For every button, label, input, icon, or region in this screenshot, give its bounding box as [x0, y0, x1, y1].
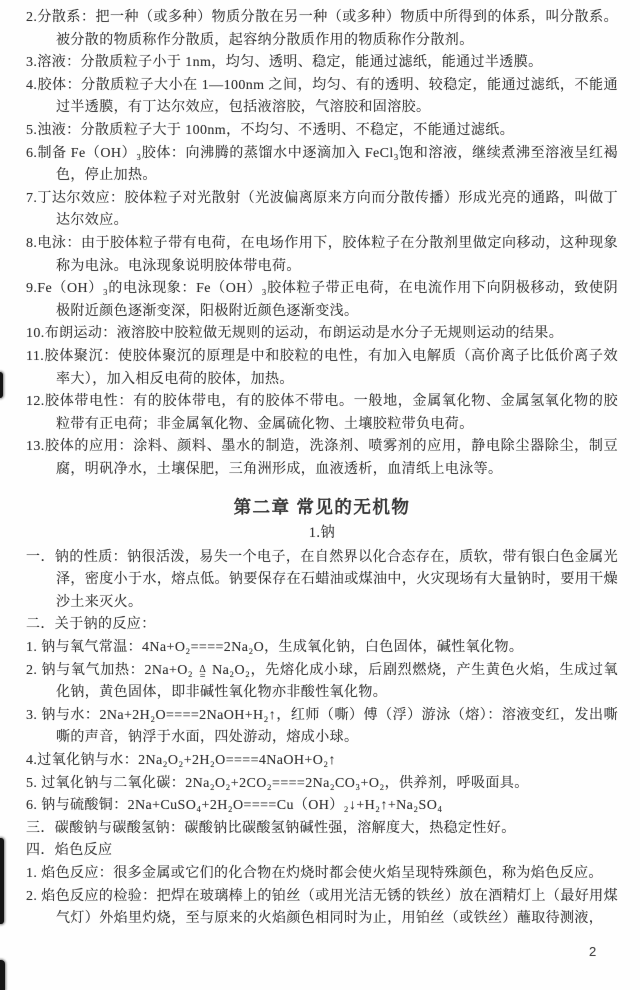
- document-page-content: 2.分散系：把一种（或多种）物质分散在另一种（或多种）物质中所得到的体系，叫分散…: [26, 7, 618, 931]
- note-item-sodium-properties: 一．钠的性质：钠很活泼，易失一个电子，在自然界以化合态存在，质软，带有银白色金属…: [26, 547, 618, 615]
- note-item-reaction-peroxide-co2: 5. 过氧化钠与二氧化碳：2Na₂O₂+2CO₂====2Na₂CO₃+O₂，供…: [26, 773, 618, 796]
- note-item-tyndall-effect: 7.丁达尔效应：胶体粒子对光散射（光波偏离原来方向而分散传播）形成光亮的通路，叫…: [26, 188, 618, 233]
- note-item-sodium-reactions-heading: 二．关于钠的反应：: [26, 614, 618, 637]
- note-item-dispersion-system: 2.分散系：把一种（或多种）物质分散在另一种（或多种）物质中所得到的体系，叫分散…: [26, 7, 618, 52]
- note-item-feoh3-electrophoresis: 9.Fe（OH）₃的电泳现象：Fe（OH）₃胶体粒子带正电荷，在电流作用下向阴极…: [26, 278, 618, 323]
- note-item-colloid-applications: 13.胶体的应用：涂料、颜料、墨水的制造，洗涤剂、喷雾剂的应用，静电除尘器除尘，…: [26, 436, 618, 481]
- note-item-reaction-copper-sulfate: 6. 钠与硫酸铜：2Na+CuSO₄+2H₂O====Cu（OH）₂↓+H₂↑+…: [26, 795, 618, 818]
- note-item-flame-test-procedure: 2. 焰色反应的检验：把焊在玻璃棒上的铂丝（或用光洁无锈的铁丝）放在酒精灯上（最…: [26, 886, 618, 931]
- note-item-coagulation: 11.胶体聚沉：使胶体聚沉的原理是中和胶粒的电性，有加入电解质（高价离子比低价离…: [26, 346, 618, 391]
- note-item-solution: 3.溶液：分散质粒子小于 1nm，均匀、透明、稳定，能通过滤纸，能通过半透膜。: [26, 52, 618, 75]
- note-item-turbid-liquid: 5.浊液：分散质粒子大于 100nm，不均匀、不透明、不稳定，不能通过滤纸。: [26, 120, 618, 143]
- note-item-reaction-oxygen-heated: 2. 钠与氧气加热：2Na+O₂Δ=Na₂O₂，先熔化成小球，后剧烈燃烧，产生黄…: [26, 660, 618, 705]
- note-item-colloid: 4.胶体：分散质粒子大小在 1—100nm 之间，均匀、有的透明、较稳定，能通过…: [26, 75, 618, 120]
- scan-artifact-mark: [0, 838, 4, 924]
- scan-artifact-mark: [0, 960, 5, 990]
- note-item-flame-test-definition: 1. 焰色反应：很多金属或它们的化合物在灼烧时都会使火焰呈现特殊颜色，称为焰色反…: [26, 863, 618, 886]
- note-item-colloid-charge: 12.胶体带电性：有的胶体带电，有的胶体不带电。一般地，金属氧化物、金属氢氧化物…: [26, 391, 618, 436]
- note-item-reaction-water: 3. 钠与水：2Na+2H₂O====2NaOH+H₂↑，红师（嘶）傅（浮）游泳…: [26, 705, 618, 750]
- note-item-flame-test-heading: 四．焰色反应: [26, 840, 618, 863]
- delta-heat-symbol: Δ=: [195, 666, 210, 681]
- page-number: 2: [589, 944, 596, 959]
- chapter-heading: 第二章 常见的无机物: [26, 496, 618, 519]
- note-item-carbonates-comparison: 三．碳酸钠与碳酸氢钠：碳酸钠比碳酸氢钠碱性强，溶解度大，热稳定性好。: [26, 818, 618, 841]
- equals-glyph: =: [195, 673, 210, 681]
- note-item-reaction-peroxide-water: 4.过氧化钠与水：2Na₂O₂+2H₂O====4NaOH+O₂↑: [26, 750, 618, 773]
- equation-pre-text: 2. 钠与氧气加热：2Na+O₂: [26, 663, 193, 678]
- note-item-brownian-motion: 10.布朗运动：液溶胶中胶粒做无规则的运动，布朗运动是水分子无规则运动的结果。: [26, 323, 618, 346]
- note-item-reaction-oxygen-room-temp: 1. 钠与氧气常温：4Na+O₂====2Na₂O，生成氧化钠，白色固体，碱性氧…: [26, 637, 618, 660]
- note-item-electrophoresis: 8.电泳：由于胶体粒子带有电荷，在电场作用下，胶体粒子在分散剂里做定向移动，这种…: [26, 233, 618, 278]
- note-item-feoh3-preparation: 6.制备 Fe（OH）₃胶体：向沸腾的蒸馏水中逐滴加入 FeCl₃饱和溶液，继续…: [26, 143, 618, 188]
- section-heading-sodium: 1.钠: [26, 522, 618, 545]
- scan-artifact-mark: [0, 372, 3, 398]
